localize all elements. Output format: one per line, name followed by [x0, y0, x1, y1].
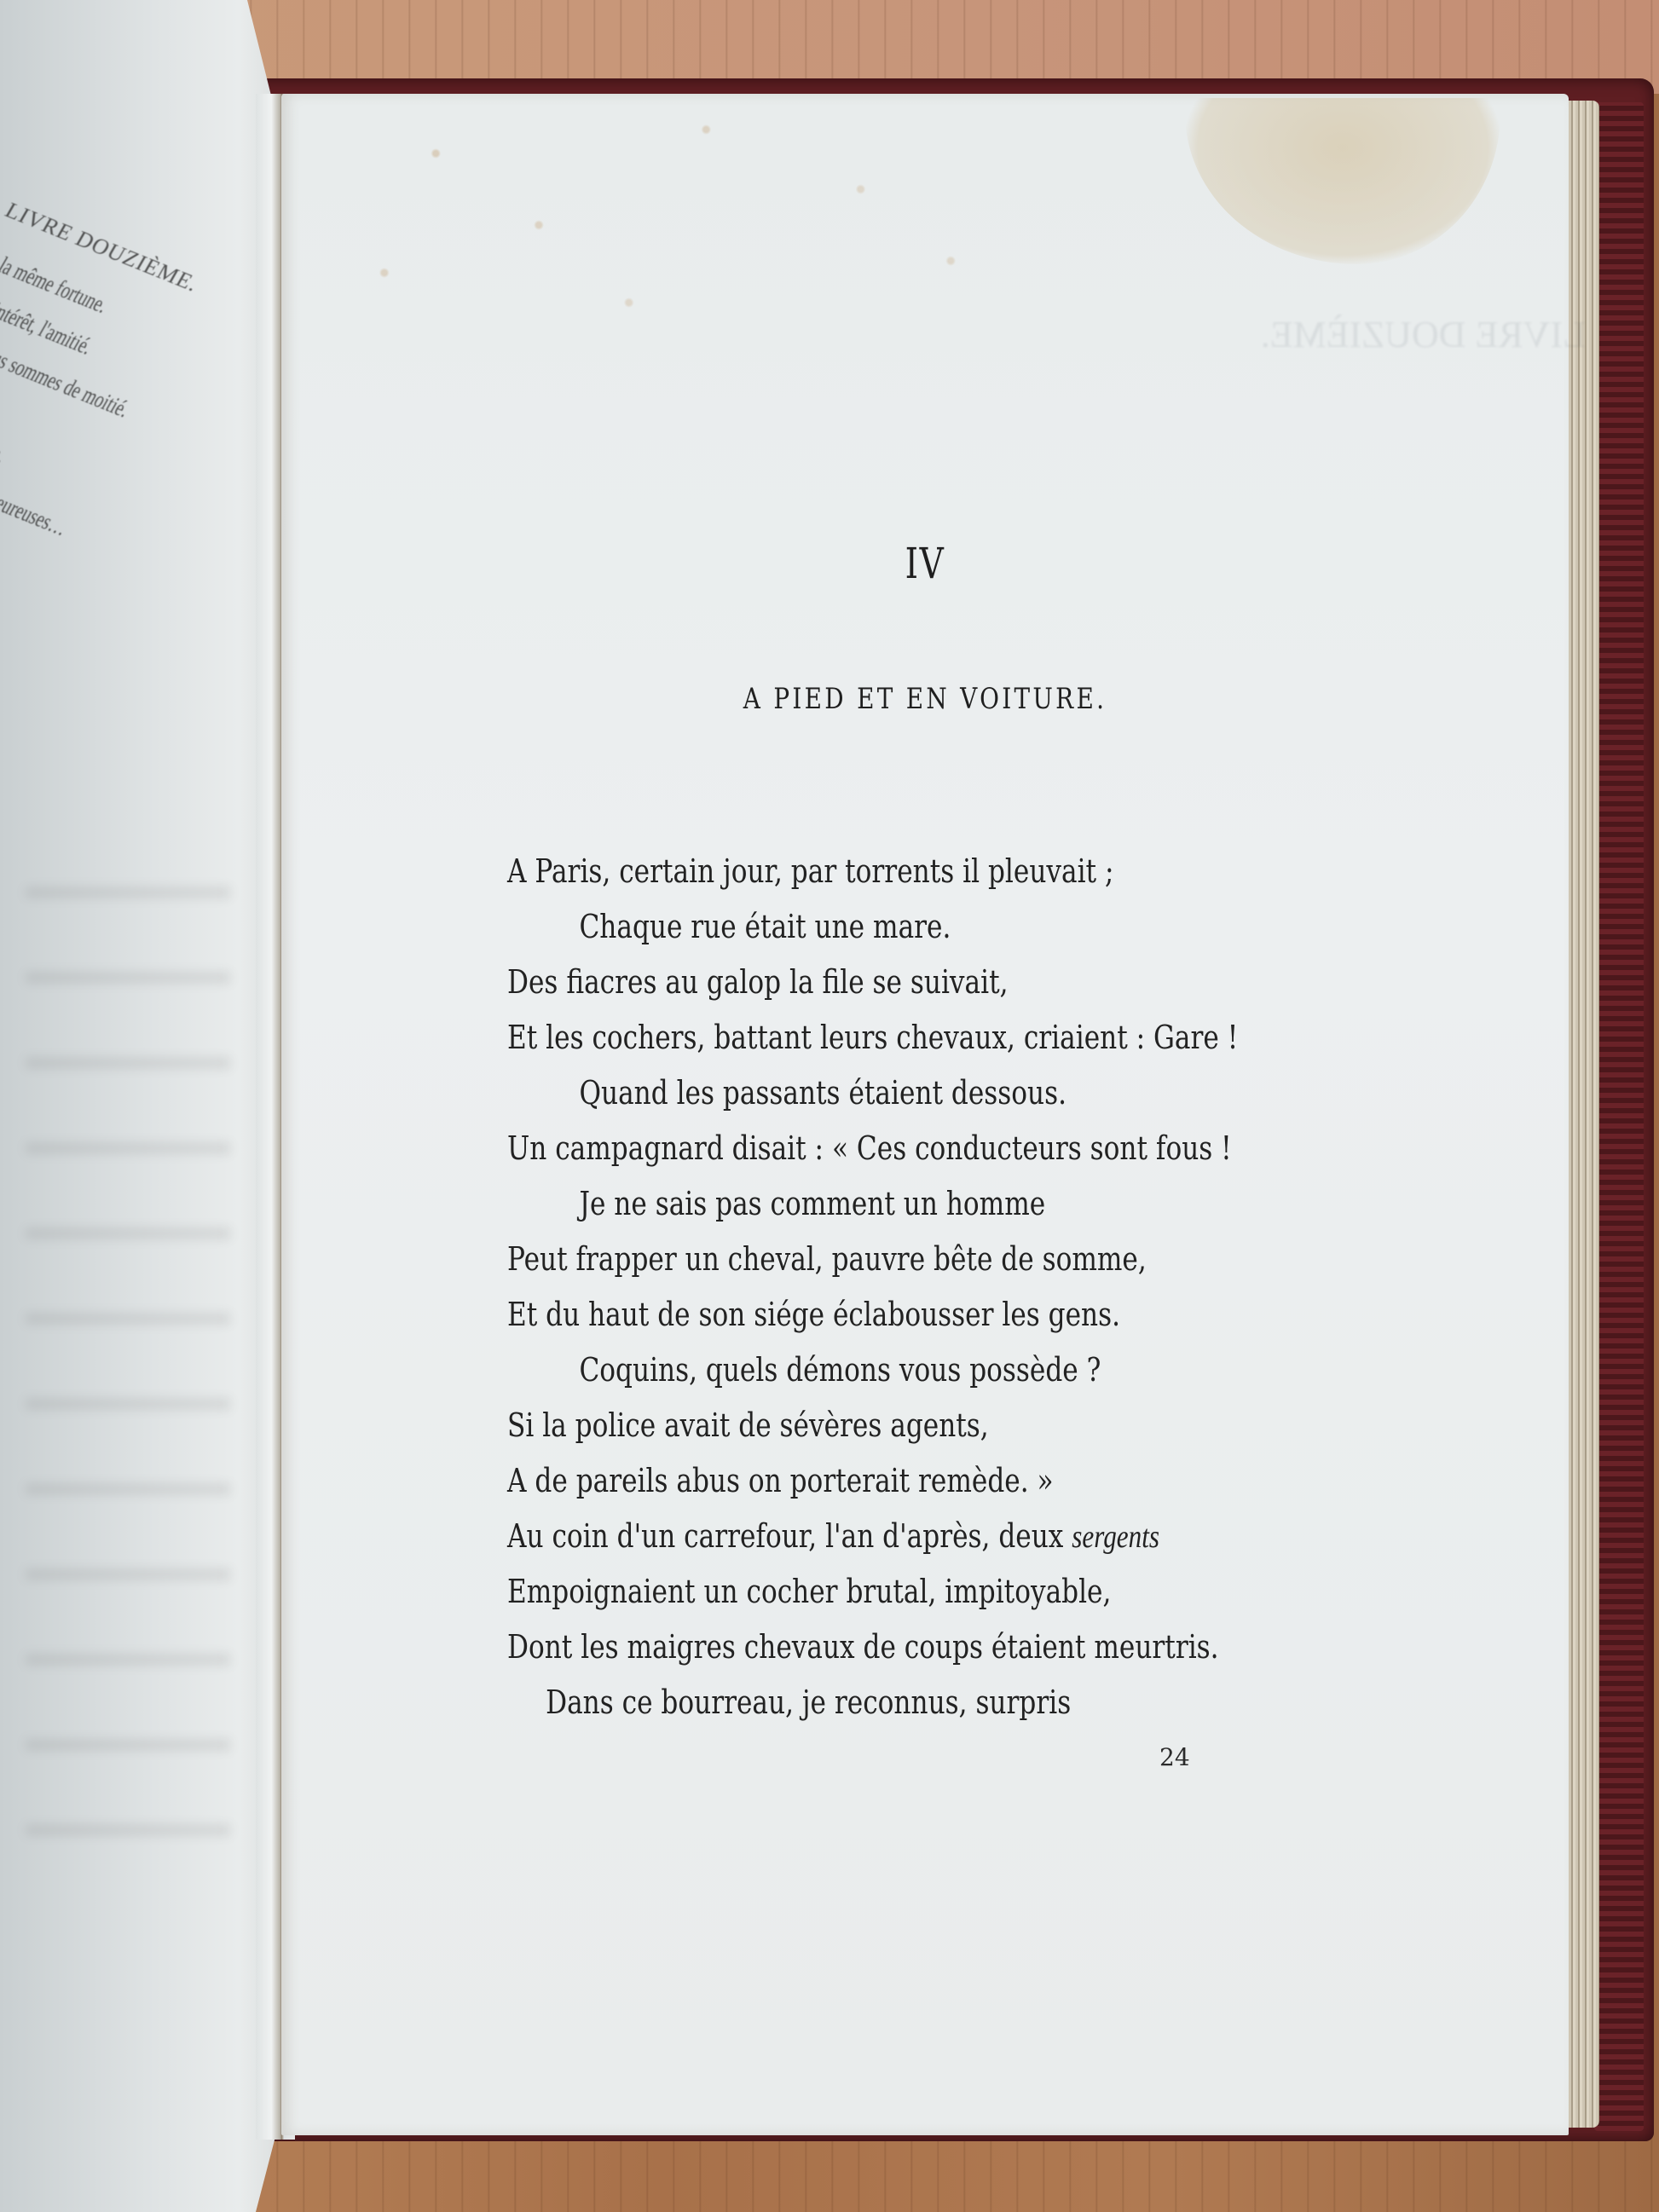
verse-line: A de pareils abus on porterait remède. » — [507, 1453, 1346, 1509]
poem-body: A Paris, certain jour, par torrents il p… — [507, 844, 1530, 1730]
verse-italic-word: sergents — [1072, 1519, 1159, 1555]
verse-line: Je ne sais pas comment un homme — [507, 1176, 1346, 1232]
left-page: LIVRE DOUZIÈME. …ement à la même fortune… — [0, 0, 281, 2212]
bleed-through-text: LIVRE DOUZIÈME. — [563, 307, 1586, 363]
page-number: 24 — [1159, 1743, 1190, 1771]
verse-line: Chaque rue était une mare. — [507, 899, 1346, 955]
verse-line: A Paris, certain jour, par torrents il p… — [507, 844, 1346, 899]
verse-line: Dans ce bourreau, je reconnus, surpris — [507, 1675, 1346, 1730]
verse-line: Quand les passants étaient dessous. — [507, 1066, 1346, 1121]
cover-spine-edge — [1594, 102, 1644, 2131]
chapter-number: IV — [423, 539, 1427, 588]
verse-line: Coquins, quels démons vous possède ? — [507, 1343, 1346, 1398]
verse-line: Empoignaient un cocher brutal, impitoyab… — [507, 1564, 1346, 1620]
verse-line: Peut frapper un cheval, pauvre bête de s… — [507, 1232, 1346, 1287]
verse-line: Un campagnard disait : « Ces conducteurs… — [507, 1121, 1346, 1176]
left-page-text: LIVRE DOUZIÈME. …ement à la même fortune… — [0, 179, 227, 594]
verse-line: Et les cochers, battant leurs chevaux, c… — [507, 1010, 1346, 1066]
verse-line: Si la police avait de sévères agents, — [507, 1398, 1346, 1453]
verse-line: Des fiacres au galop la file se suivait, — [507, 955, 1346, 1010]
verse-text: Au coin d'un carrefour, l'an d'après, de… — [507, 1517, 1072, 1555]
verse-line: Au coin d'un carrefour, l'an d'après, de… — [507, 1509, 1346, 1564]
chapter-title: A PIED ET EN VOITURE. — [397, 682, 1453, 716]
right-page: LIVRE DOUZIÈME. IV A PIED ET EN VOITURE.… — [281, 94, 1569, 2135]
verse-line: Dont les maigres chevaux de coups étaien… — [507, 1620, 1346, 1675]
left-page-faded-text — [26, 852, 230, 1875]
verse-line: Et du haut de son siége éclabousser les … — [507, 1287, 1346, 1343]
